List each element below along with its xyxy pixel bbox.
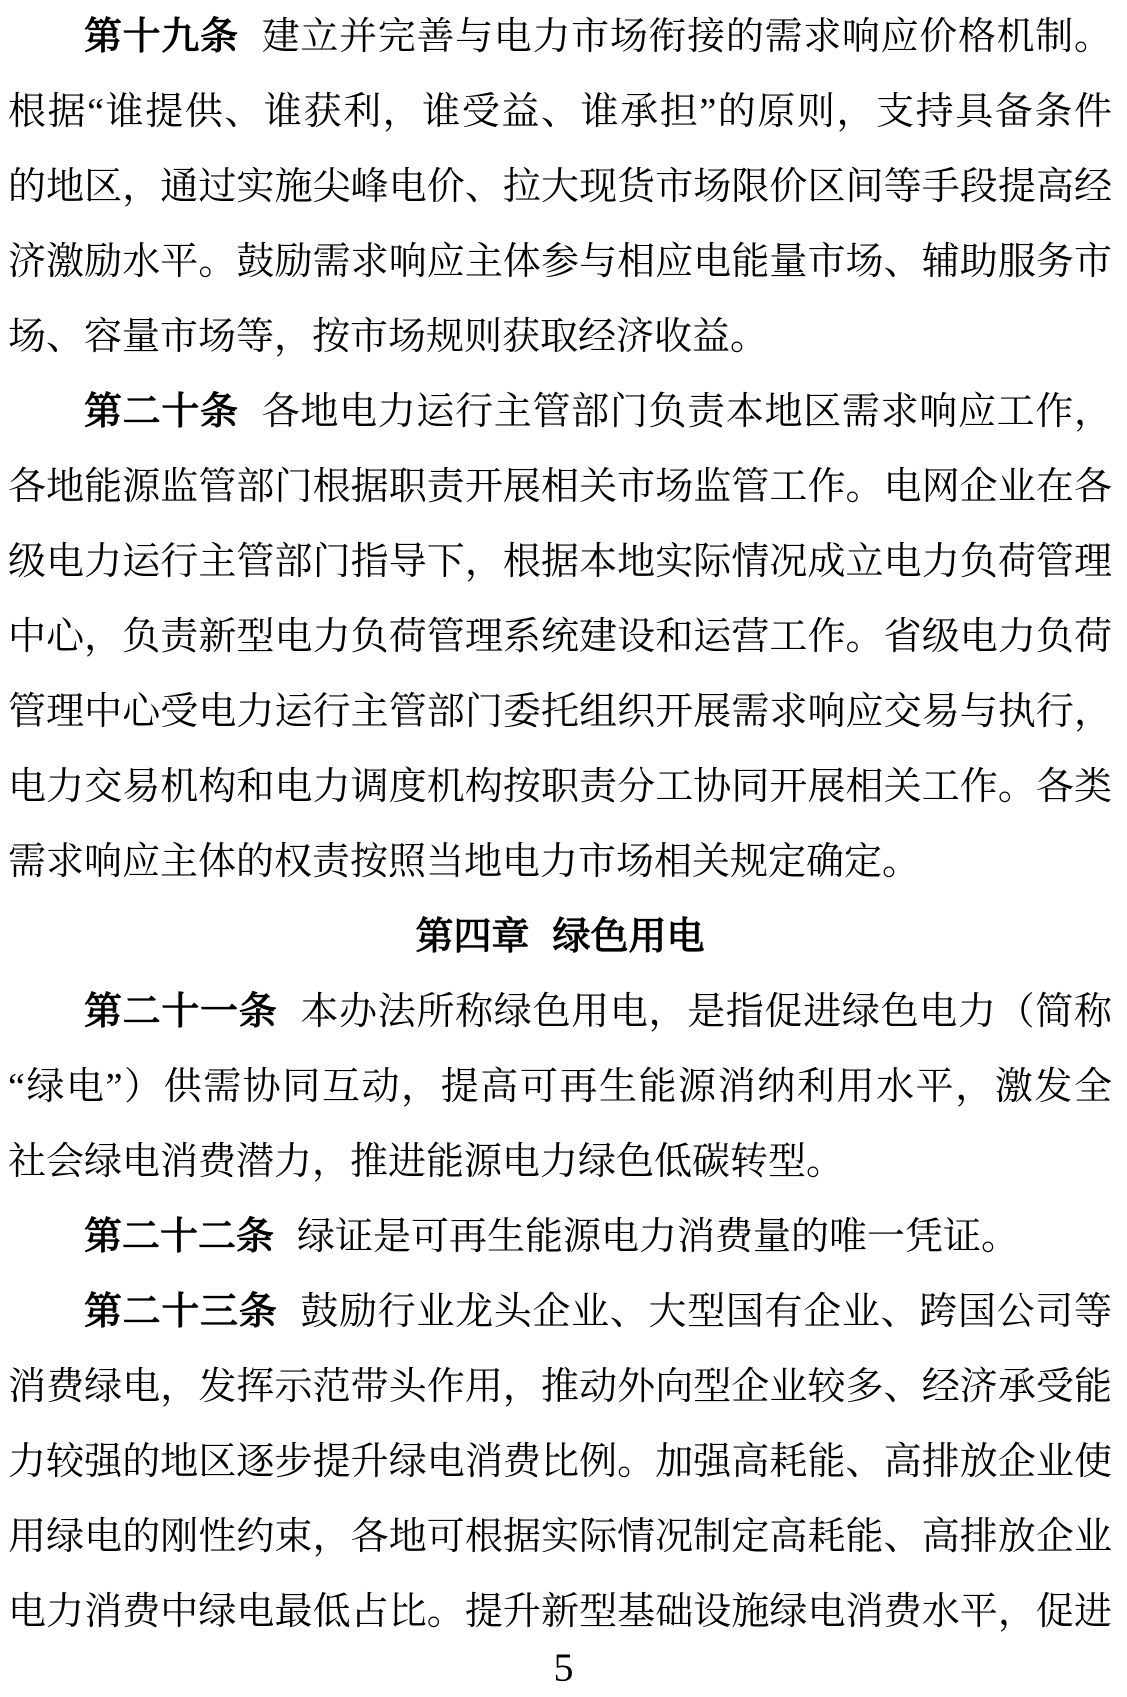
- line-text: 鼓励行业龙头企业、大型国有企业、跨国公司等: [300, 1291, 1112, 1333]
- line-text: 场、容量市场等，按市场规则获取经济收益。: [8, 316, 768, 358]
- text-line: 场、容量市场等，按市场规则获取经济收益。: [8, 300, 1112, 375]
- line-text: 的地区，通过实施尖峰电价、拉大现货市场限价区间等手段提高经: [8, 166, 1112, 208]
- line-text: 根据“谁提供、谁获利，谁受益、谁承担”的原则，支持具备条件: [8, 91, 1112, 133]
- text-line: 电力消费中绿电最低占比。提升新型基础设施绿电消费水平，促进: [8, 1575, 1112, 1650]
- text-line: 需求响应主体的权责按照当地电力市场相关规定确定。: [8, 825, 1112, 900]
- document-page: 第十九条建立并完善与电力市场衔接的需求响应价格机制。 根据“谁提供、谁获利，谁受…: [0, 0, 1127, 1697]
- article-term: 第二十二条: [84, 1216, 274, 1258]
- chapter-title: 绿色用电: [553, 916, 705, 958]
- text-line: 中心，负责新型电力负荷管理系统建设和运营工作。省级电力负荷: [8, 600, 1112, 675]
- page-number: 5: [0, 1643, 1127, 1693]
- line-text: 消费绿电，发挥示范带头作用，推动外向型企业较多、经济承受能: [8, 1366, 1112, 1408]
- text-line: 第二十条各地电力运行主管部门负责本地区需求响应工作，: [8, 375, 1112, 450]
- text-line: 社会绿电消费潜力，推进能源电力绿色低碳转型。: [8, 1125, 1112, 1200]
- text-line: 级电力运行主管部门指导下，根据本地实际情况成立电力负荷管理: [8, 525, 1112, 600]
- line-text: 本办法所称绿色用电，是指促进绿色电力（简称: [300, 991, 1112, 1033]
- text-line: 第十九条建立并完善与电力市场衔接的需求响应价格机制。: [8, 0, 1112, 75]
- text-line: 的地区，通过实施尖峰电价、拉大现货市场限价区间等手段提高经: [8, 150, 1112, 225]
- text-line: 第二十二条绿证是可再生能源电力消费量的唯一凭证。: [8, 1200, 1112, 1275]
- line-text: 各地能源监管部门根据职责开展相关市场监管工作。电网企业在各: [8, 466, 1112, 508]
- line-text: 管理中心受电力运行主管部门委托组织开展需求响应交易与执行，: [8, 691, 1112, 733]
- line-text: 绿证是可再生能源电力消费量的唯一凭证。: [297, 1216, 1019, 1258]
- text-line: 根据“谁提供、谁获利，谁受益、谁承担”的原则，支持具备条件: [8, 75, 1112, 150]
- text-line: 第二十三条鼓励行业龙头企业、大型国有企业、跨国公司等: [8, 1275, 1112, 1350]
- text-line: 消费绿电，发挥示范带头作用，推动外向型企业较多、经济承受能: [8, 1350, 1112, 1425]
- line-text: 各地电力运行主管部门负责本地区需求响应工作，: [262, 391, 1112, 433]
- chapter-number: 第四章: [415, 916, 529, 958]
- article-term: 第二十一条: [84, 991, 277, 1033]
- line-text: 中心，负责新型电力负荷管理系统建设和运营工作。省级电力负荷: [8, 616, 1112, 658]
- line-text: 电力消费中绿电最低占比。提升新型基础设施绿电消费水平，促进: [8, 1591, 1112, 1633]
- text-line: 各地能源监管部门根据职责开展相关市场监管工作。电网企业在各: [8, 450, 1112, 525]
- line-text: “绿电”）供需协同互动，提高可再生能源消纳利用水平，激发全: [8, 1066, 1112, 1108]
- line-text: 建立并完善与电力市场衔接的需求响应价格机制。: [262, 16, 1112, 58]
- line-text: 济激励水平。鼓励需求响应主体参与相应电能量市场、辅助服务市: [8, 241, 1112, 283]
- line-text: 用绿电的刚性约束，各地可根据实际情况制定高耗能、高排放企业: [8, 1516, 1112, 1558]
- text-line: 管理中心受电力运行主管部门委托组织开展需求响应交易与执行，: [8, 675, 1112, 750]
- text-line: 济激励水平。鼓励需求响应主体参与相应电能量市场、辅助服务市: [8, 225, 1112, 300]
- text-line: 第二十一条本办法所称绿色用电，是指促进绿色电力（简称: [8, 975, 1112, 1050]
- chapter-heading: 第四章绿色用电: [8, 900, 1112, 975]
- article-term: 第二十三条: [84, 1291, 277, 1333]
- line-text: 电力交易机构和电力调度机构按职责分工协同开展相关工作。各类: [8, 766, 1112, 808]
- text-line: 电力交易机构和电力调度机构按职责分工协同开展相关工作。各类: [8, 750, 1112, 825]
- line-text: 级电力运行主管部门指导下，根据本地实际情况成立电力负荷管理: [8, 541, 1112, 583]
- text-line: 力较强的地区逐步提升绿电消费比例。加强高耗能、高排放企业使: [8, 1425, 1112, 1500]
- text-line: 用绿电的刚性约束，各地可根据实际情况制定高耗能、高排放企业: [8, 1500, 1112, 1575]
- line-text: 需求响应主体的权责按照当地电力市场相关规定确定。: [8, 841, 920, 883]
- article-term: 第二十条: [84, 391, 239, 433]
- article-term: 第十九条: [84, 16, 239, 58]
- line-text: 力较强的地区逐步提升绿电消费比例。加强高耗能、高排放企业使: [8, 1441, 1112, 1483]
- line-text: 社会绿电消费潜力，推进能源电力绿色低碳转型。: [8, 1141, 844, 1183]
- document-text-block: 第十九条建立并完善与电力市场衔接的需求响应价格机制。 根据“谁提供、谁获利，谁受…: [8, 0, 1112, 1650]
- text-line: “绿电”）供需协同互动，提高可再生能源消纳利用水平，激发全: [8, 1050, 1112, 1125]
